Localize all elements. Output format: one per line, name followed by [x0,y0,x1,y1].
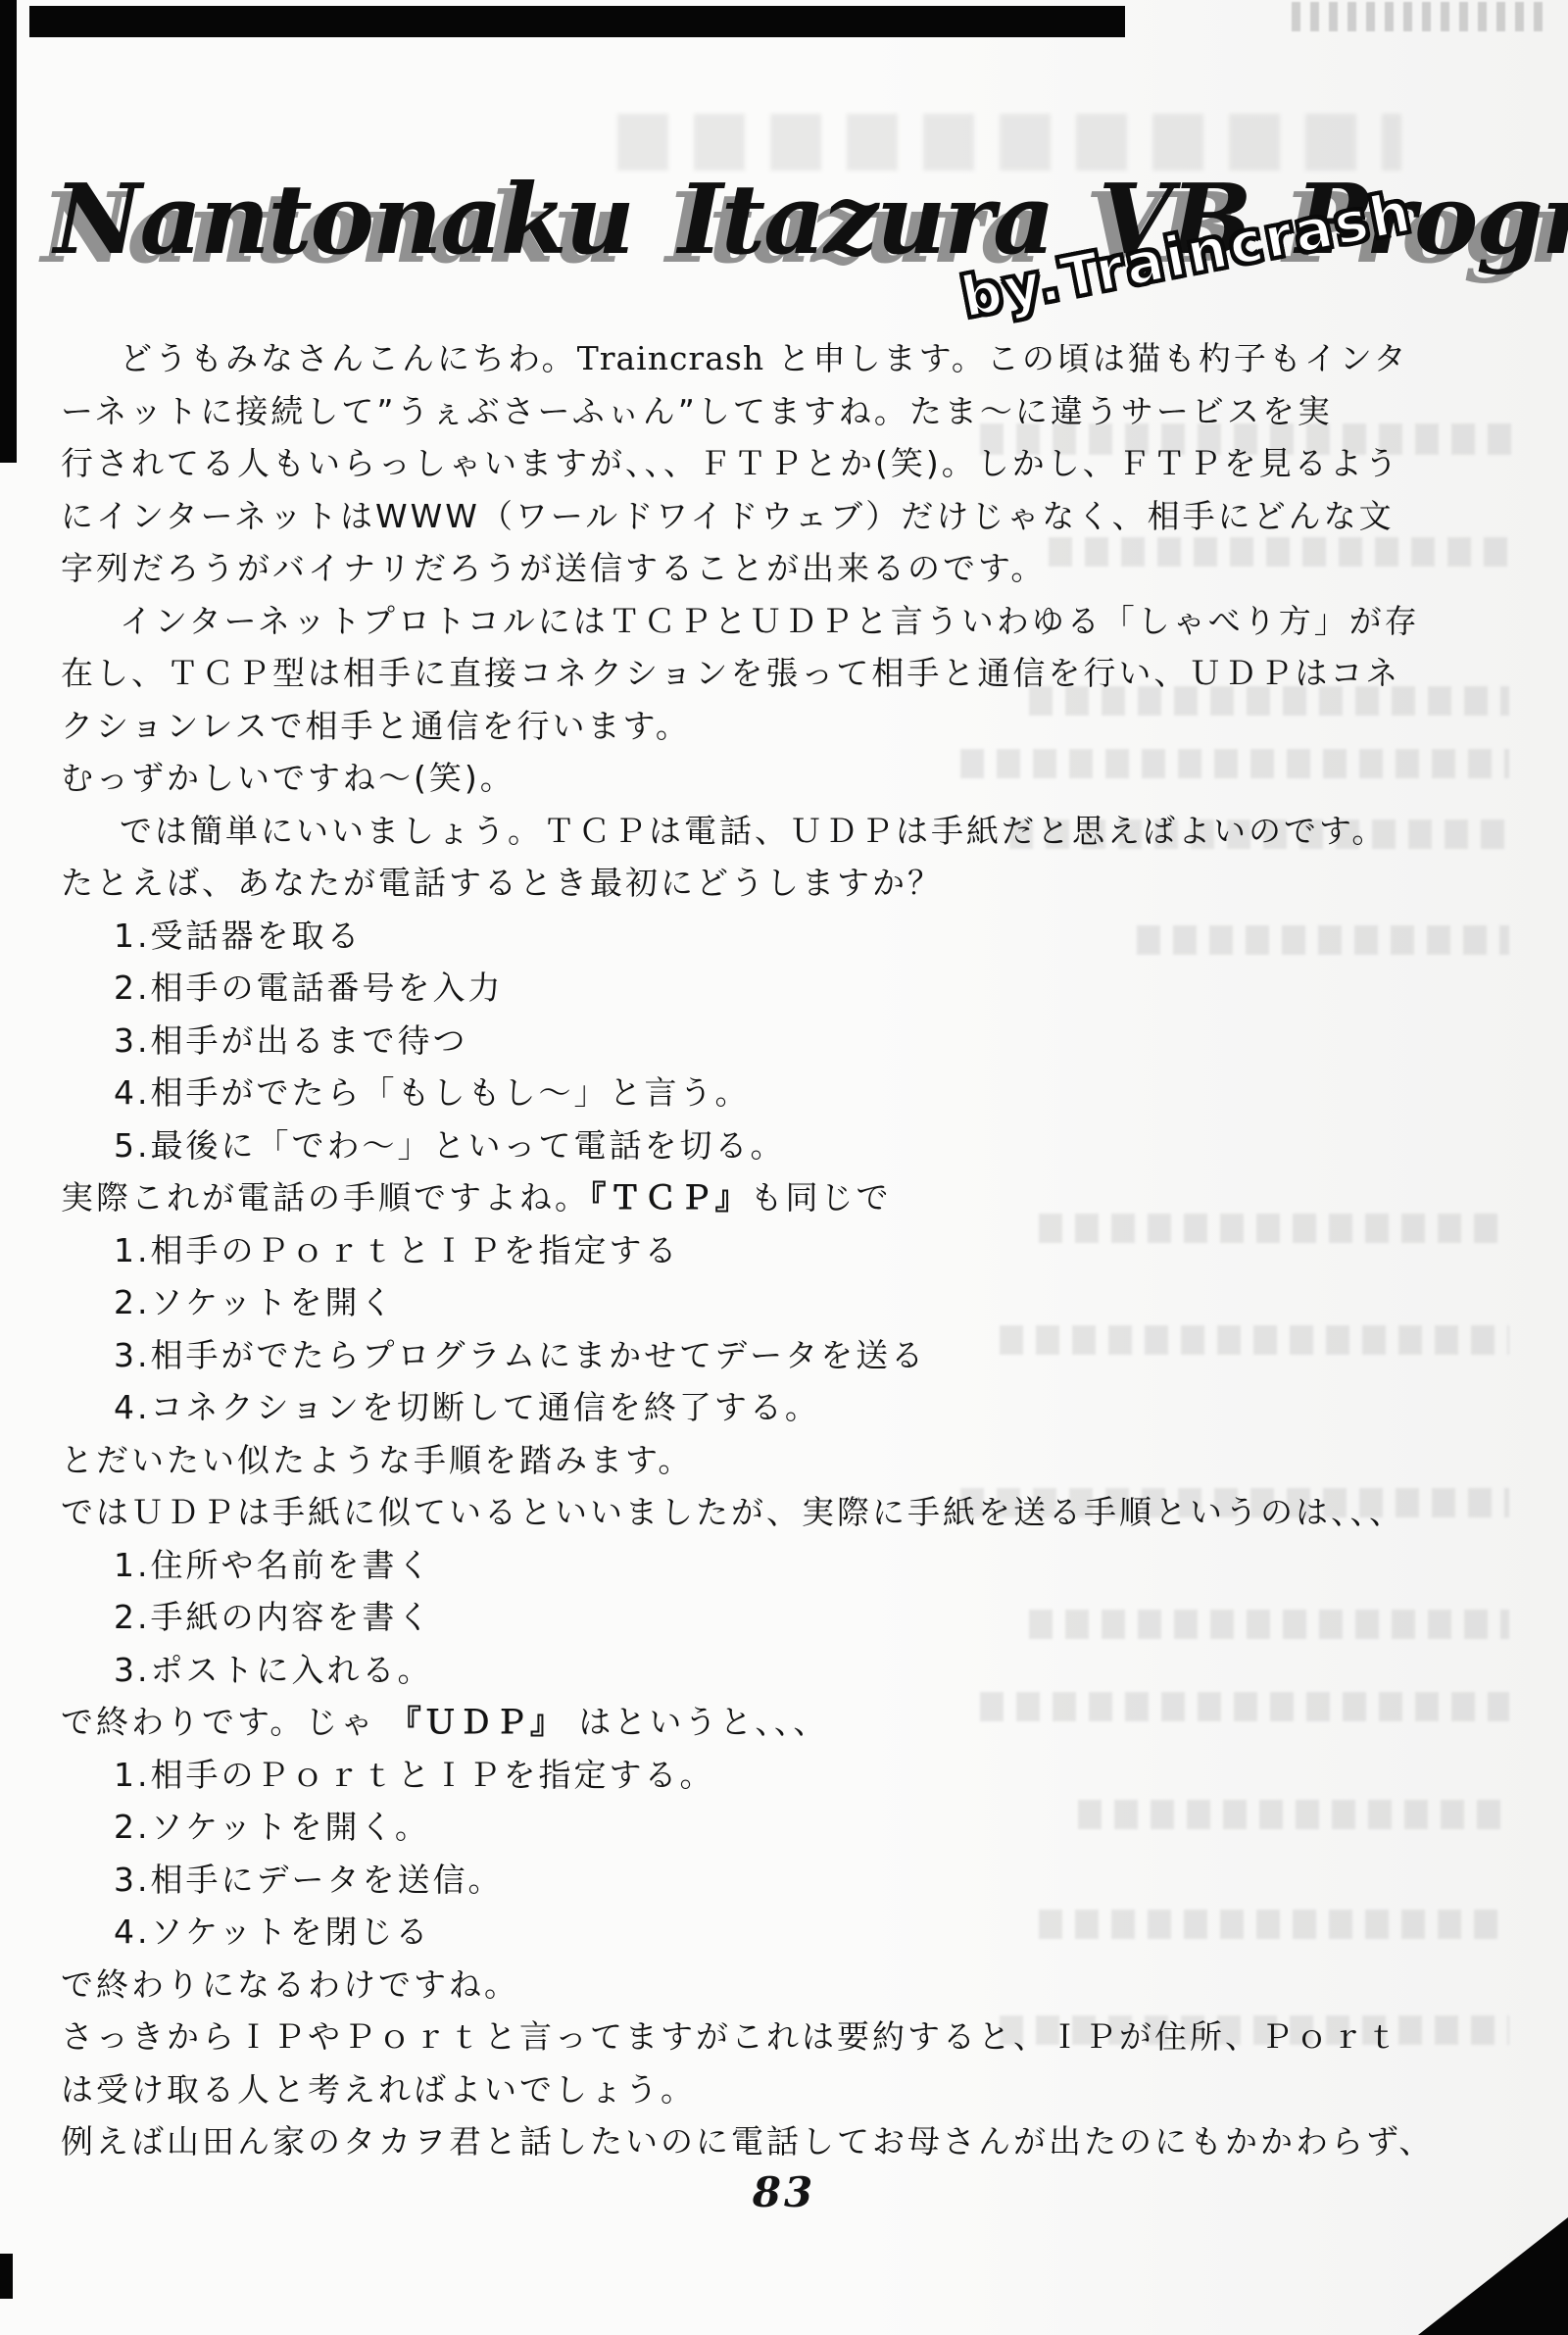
body-line-segment: 3.ポストに入れる。 [114,1651,433,1689]
body-line: 1.住所や名前を書く [61,1539,1531,1592]
body-line: とだいたい似たような手順を踏みます。 [61,1434,1531,1487]
body-line-segment: むっずかしいですね～(笑)。 [61,759,515,797]
body-line-segment: 2.相手の電話番号を入力 [114,969,504,1007]
page-number: 83 [686,2168,882,2216]
body-line-segment: 1.受話器を取る [114,917,363,955]
body-line-segment: 3.相手にデータを送信。 [114,1861,504,1899]
bleedthrough-band [617,114,1401,171]
body-line: 1.受話器を取る [61,910,1531,963]
body-line: 4.ソケットを閉じる [61,1906,1531,1959]
body-line-segment: はというと、、、 [565,1703,829,1741]
body-line: ではＵＤＰは手紙に似ているといいましたが、実際に手紙を送る手順というのは、、、 [61,1486,1531,1539]
body-line: では簡単にいいましょう。ＴＣＰは電話、ＵＤＰは手紙だと思えばよいのです。 [61,805,1531,858]
body-line: 3.相手が出るまで待つ [61,1015,1531,1068]
body-line-segment: 1.相手のＰｏｒｔとＩＰを指定する [114,1231,680,1269]
body-line: は受け取る人と考えればよいでしょう。 [61,2063,1531,2116]
scan-artifact-bottom-left-mark [0,2254,13,2299]
body-line: むっずかしいですね～(笑)。 [61,752,1531,805]
body-line: 2.ソケットを開く [61,1276,1531,1329]
body-line-segment: どうもみなさんこんにちわ。 [120,339,577,377]
body-line-segment: 5.最後に「でわ～」といって電話を切る。 [114,1126,786,1165]
body-line-segment: 1.住所や名前を書く [114,1546,433,1584]
scan-artifact-top-bar [29,6,1125,37]
body-line-segment: にインターネットはWWW（ワールドワイドウェブ）だけじゃなく、相手にどんな文 [61,497,1395,535]
body-line: 3.相手にデータを送信。 [61,1854,1531,1907]
body-line-segment: 4.ソケットを閉じる [114,1913,431,1951]
body-line-segment: インターネットプロトコルにはＴＣＰとＵＤＰと言ういわゆる「しゃべり方」が存 [120,602,1420,640]
body-line: 在し、ＴＣＰ型は相手に直接コネクションを張って相手と通信を行い、ＵＤＰはコネ [61,647,1531,700]
body-line: 3.ポストに入れる。 [61,1644,1531,1697]
body-line-segment: 4.相手がでたら「もしもし～」と言う。 [114,1073,751,1112]
body-line-segment: では簡単にいいましょう。ＴＣＰは電話、ＵＤＰは手紙だと思えばよいのです。 [120,812,1387,850]
body-line: 行されてる人もいらっしゃいますが、、、ＦＴＰとか(笑)。しかし、ＦＴＰを見るよう [61,437,1531,490]
body-line: どうもみなさんこんにちわ。Traincrash と申します。この頃は猫も杓子もイ… [61,332,1531,385]
body-line: にインターネットはWWW（ワールドワイドウェブ）だけじゃなく、相手にどんな文 [61,490,1531,543]
bleedthrough-band [1292,2,1548,31]
body-line: クションレスで相手と通信を行います。 [61,700,1531,753]
body-line-segment: 4.コネクションを切断して通信を終了する。 [114,1388,820,1426]
body-line: で終わりになるわけですね。 [61,1959,1531,2012]
body-line: 3.相手がでたらプログラムにまかせてデータを送る [61,1329,1531,1382]
body-line-segment: 2.ソケットを開く [114,1283,396,1321]
body-line: 例えば山田ん家のタカヲ君と話したいのに電話してお母さんが出たのにもかかわらず、 [61,2115,1531,2168]
body-line: 1.相手のＰｏｒｔとＩＰを指定する。 [61,1749,1531,1802]
body-line: たとえば、あなたが電話するとき最初にどうしますか？ [61,857,1531,910]
body-line-segment: 行されてる人もいらっしゃいますが、、、ＦＴＰとか(笑)。しかし、ＦＴＰを見るよう [61,444,1400,482]
body-line: 2.手紙の内容を書く [61,1591,1531,1644]
body-line-segment: 3.相手が出るまで待つ [114,1021,468,1060]
body-text: どうもみなさんこんにちわ。Traincrash と申します。この頃は猫も杓子もイ… [61,332,1531,2168]
body-line: さっきからＩＰやＰｏｒｔと言ってますがこれは要約すると、ＩＰが住所、Ｐｏｒｔ [61,2011,1531,2063]
body-line-segment: さっきからＩＰやＰｏｒｔと言ってますがこれは要約すると、ＩＰが住所、Ｐｏｒｔ [61,2017,1401,2056]
body-line-segment: ではＵＤＰは手紙に似ているといいましたが、実際に手紙を送る手順というのは、、、 [61,1493,1404,1531]
body-line: 4.相手がでたら「もしもし～」と言う。 [61,1067,1531,1119]
body-line-segment: Traincrash [577,339,764,377]
scan-artifact-left-bar [0,0,17,463]
body-line: 2.相手の電話番号を入力 [61,962,1531,1015]
scanned-page: Nantonaku Itazura VB Program by.Traincra… [0,0,1568,2335]
body-line: 字列だろうがバイナリだろうが送信することが出来るのです。 [61,542,1531,595]
body-line-segment: で終わりです。じゃ [61,1703,389,1741]
body-line-segment: ーネットに接続して”うぇぶさーふぃん”してますね。たま～に違うサービスを実 [61,392,1333,430]
body-line-segment: 1.相手のＰｏｒｔとＩＰを指定する。 [114,1756,715,1794]
body-line-segment: も同じで [751,1178,892,1217]
body-line-segment: 2.手紙の内容を書く [114,1598,433,1636]
body-line: 5.最後に「でわ～」といって電話を切る。 [61,1119,1531,1172]
body-line-segment: 字列だろうがバイナリだろうが送信することが出来るのです。 [61,549,1046,587]
body-line-segment: たとえば、あなたが電話するとき最初にどうしますか？ [61,864,943,902]
body-line-segment: 『ＴＣＰ』 [590,1178,751,1217]
body-line-segment: 例えば山田ん家のタカヲ君と話したいのに電話してお母さんが出たのにもかかわらず、 [61,2122,1434,2161]
body-line-segment: とだいたい似たような手順を踏みます。 [61,1441,693,1479]
body-line-segment: 在し、ＴＣＰ型は相手に直接コネクションを張って相手と通信を行い、ＵＤＰはコネ [61,654,1400,692]
scan-artifact-corner-wedge [1418,2217,1568,2335]
body-line: インターネットプロトコルにはＴＣＰとＵＤＰと言ういわゆる「しゃべり方」が存 [61,595,1531,648]
body-line: 1.相手のＰｏｒｔとＩＰを指定する [61,1224,1531,1277]
body-line-segment: 実際これが電話の手順ですよね。 [61,1178,590,1217]
body-line-segment: 2.ソケットを開く。 [114,1808,430,1846]
body-line: ーネットに接続して”うぇぶさーふぃん”してますね。たま～に違うサービスを実 [61,385,1531,438]
body-line-segment: 3.相手がでたらプログラムにまかせてデータを送る [114,1336,926,1374]
body-line-segment: と申します。この頃は猫も杓子もインタ [764,339,1409,377]
scan-artifact-right-edge-mark [1553,2258,1568,2314]
body-line-segment: 『ＵＤＰ』 [389,1703,565,1741]
body-line: 実際これが電話の手順ですよね。『ＴＣＰ』も同じで [61,1171,1531,1224]
body-line: 2.ソケットを開く。 [61,1801,1531,1854]
body-line-segment: は受け取る人と考えればよいでしょう。 [61,2070,696,2109]
body-line-segment: クションレスで相手と通信を行います。 [61,707,691,745]
body-line: 4.コネクションを切断して通信を終了する。 [61,1381,1531,1434]
body-line-segment: で終わりになるわけですね。 [61,1965,519,2004]
body-line: で終わりです。じゃ 『ＵＤＰ』 はというと、、、 [61,1696,1531,1749]
